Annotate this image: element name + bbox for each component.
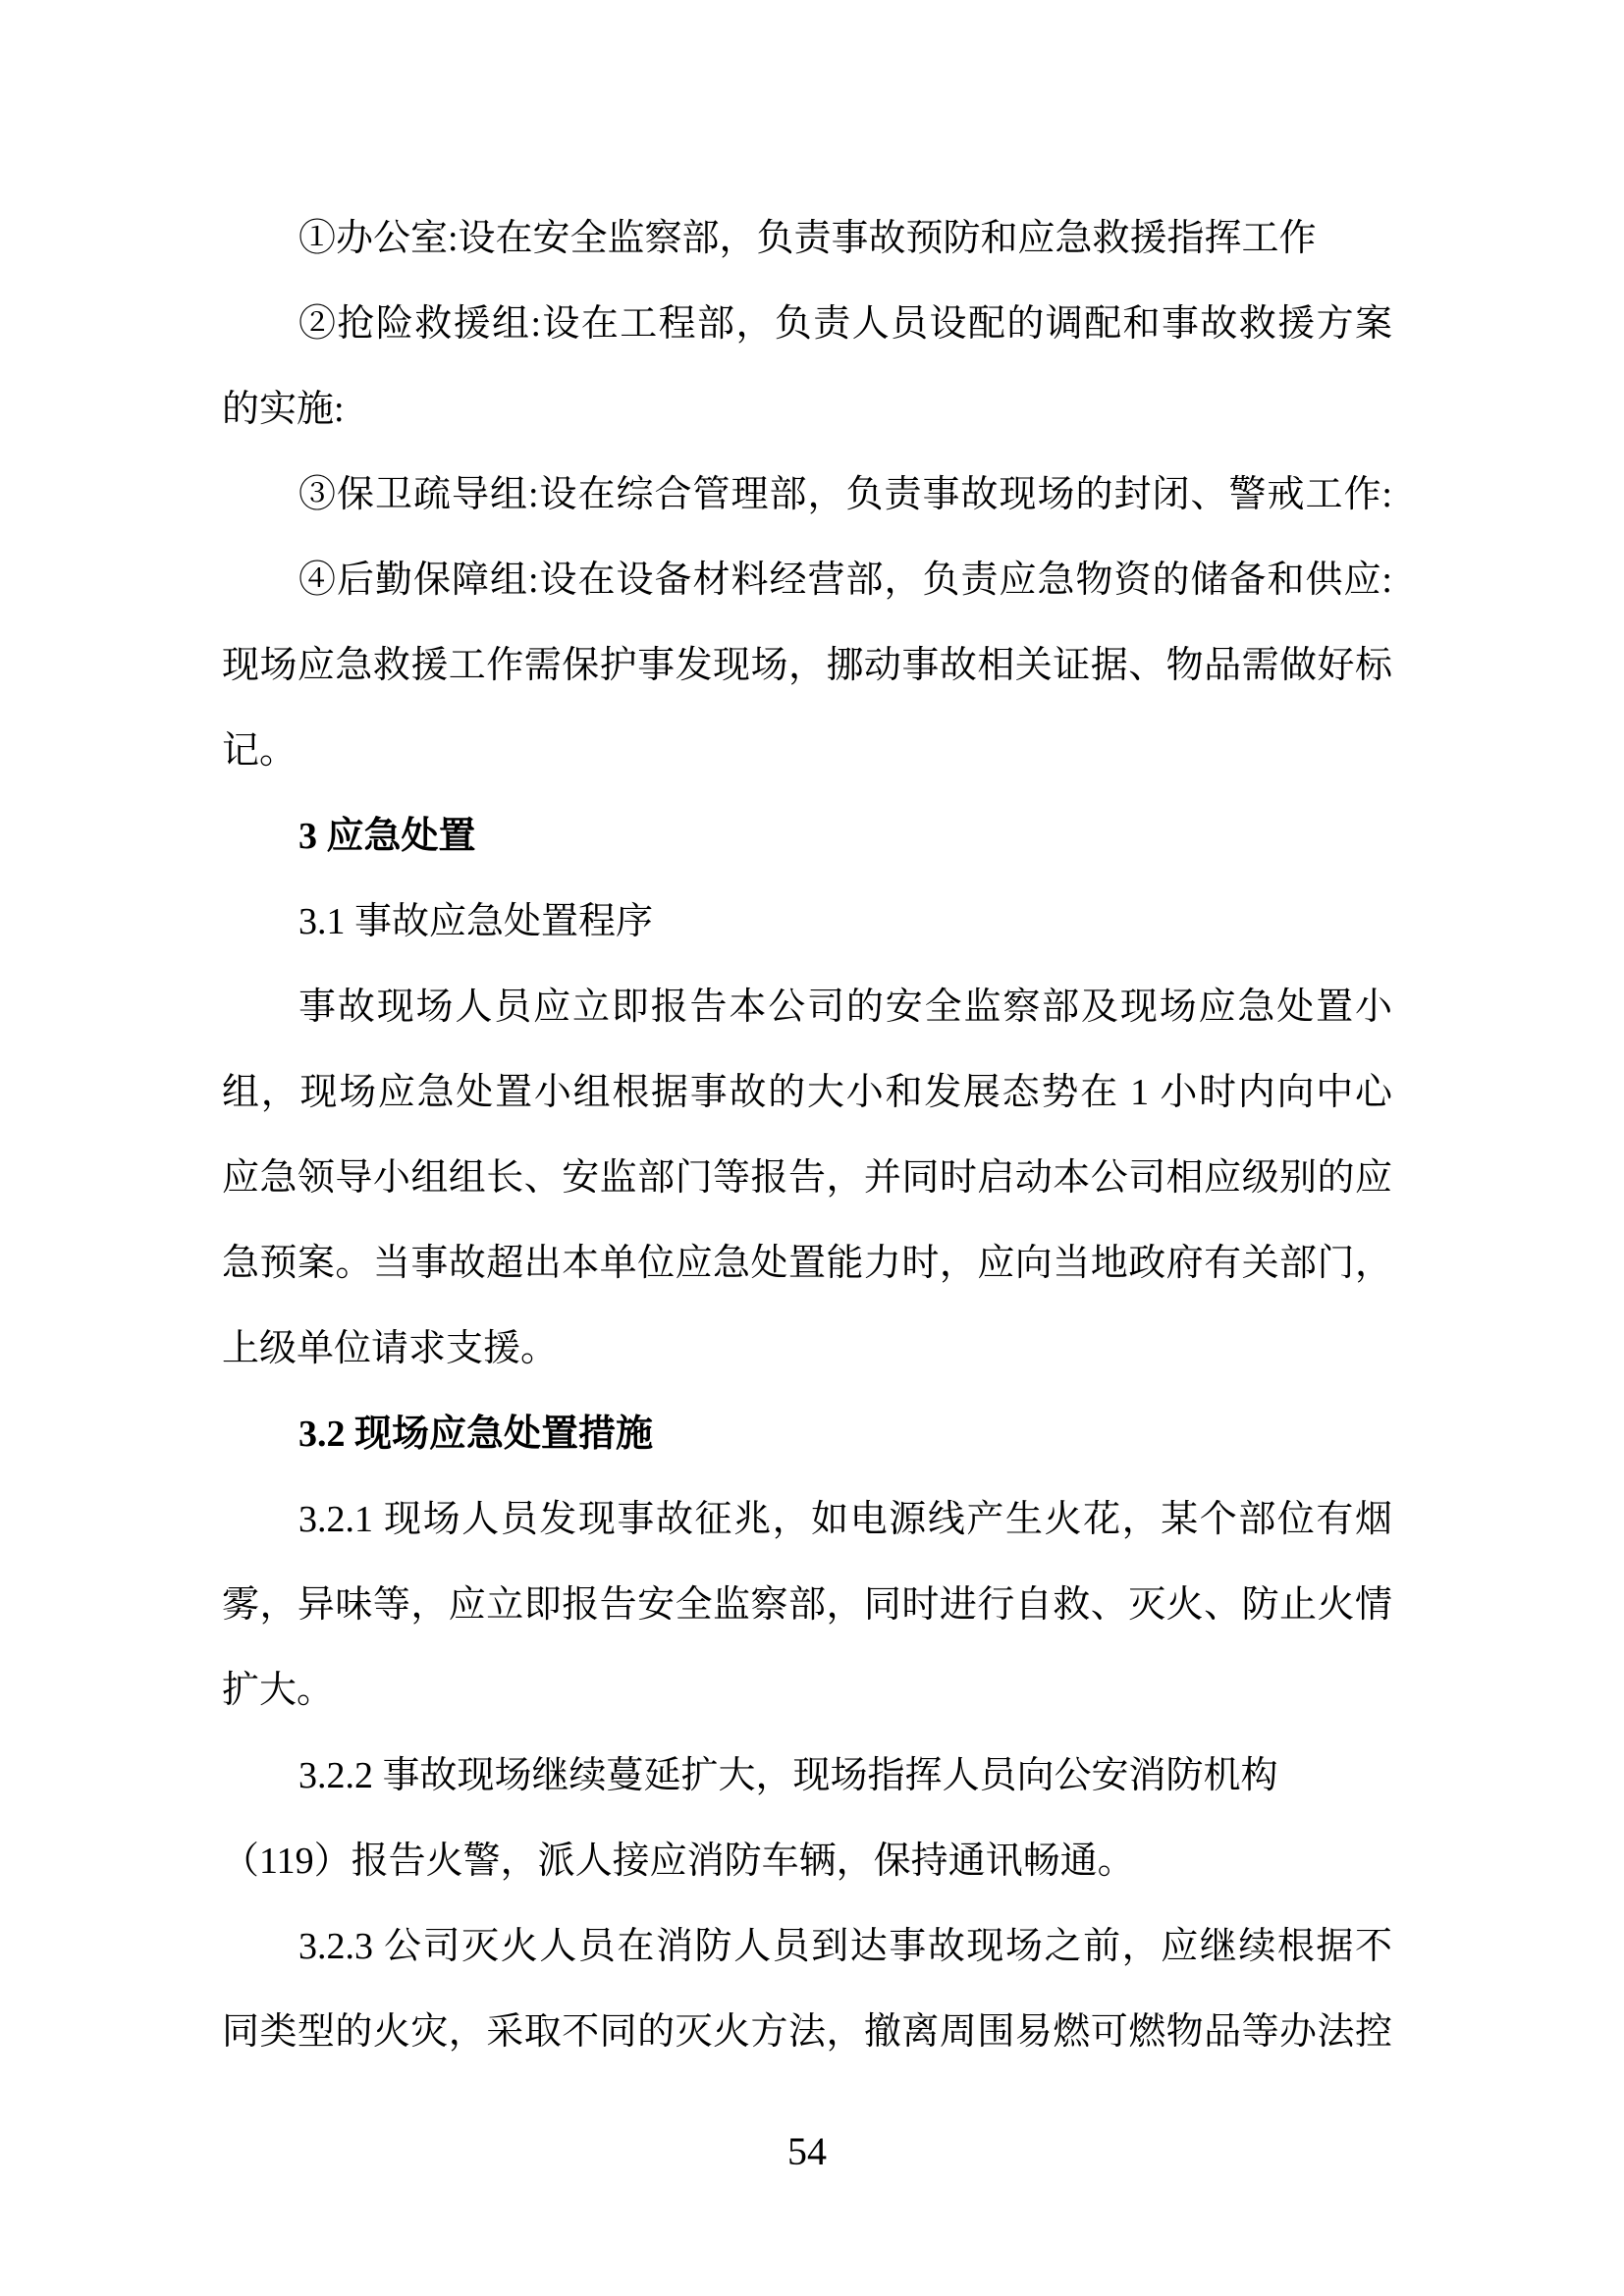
- text-line: 3.2.2 事故现场继续蔓延扩大，现场指挥人员向公安消防机构: [222, 1734, 1392, 1819]
- text-line: 扩大。: [222, 1648, 1392, 1734]
- text-line: 3.2 现场应急处置措施: [222, 1392, 1392, 1477]
- text-line: 上级单位请求支援。: [222, 1307, 1392, 1392]
- text-line: 记。: [222, 709, 1392, 794]
- page-number: 54: [222, 2109, 1392, 2194]
- text-line: 3 应急处置: [222, 794, 1392, 880]
- text-line: ③保卫疏导组:设在综合管理部，负责事故现场的封闭、警戒工作:: [222, 453, 1392, 538]
- text-line: 应急领导小组组长、安监部门等报告，并同时启动本公司相应级别的应: [222, 1136, 1392, 1221]
- document-page: ①办公室:设在安全监察部，负责事故预防和应急救援指挥工作②抢险救援组:设在工程部…: [0, 0, 1624, 2296]
- text-line: 的实施:: [222, 367, 1392, 453]
- text-line: 3.1 事故应急处置程序: [222, 880, 1392, 965]
- text-line: 3.2.1 现场人员发现事故征兆，如电源线产生火花，某个部位有烟: [222, 1477, 1392, 1563]
- text-line: ②抢险救援组:设在工程部，负责人员设配的调配和事故救援方案: [222, 282, 1392, 367]
- text-line: 事故现场人员应立即报告本公司的安全监察部及现场应急处置小: [222, 965, 1392, 1050]
- text-line: （119）报告火警，派人接应消防车辆，保持通讯畅通。: [222, 1819, 1392, 1904]
- text-line: 急预案。当事故超出本单位应急处置能力时，应向当地政府有关部门，: [222, 1221, 1392, 1307]
- text-line: ①办公室:设在安全监察部，负责事故预防和应急救援指挥工作: [222, 196, 1392, 282]
- text-line: 3.2.3 公司灭火人员在消防人员到达事故现场之前，应继续根据不: [222, 1904, 1392, 1990]
- text-line: 组，现场应急处置小组根据事故的大小和发展态势在 1 小时内向中心: [222, 1050, 1392, 1136]
- text-line: 雾，异味等，应立即报告安全监察部，同时进行自救、灭火、防止火情: [222, 1563, 1392, 1648]
- text-line: ④后勤保障组:设在设备材料经营部，负责应急物资的储备和供应:: [222, 538, 1392, 623]
- text-line: 同类型的火灾，采取不同的灭火方法，撤离周围易燃可燃物品等办法控: [222, 1990, 1392, 2075]
- document-body: ①办公室:设在安全监察部，负责事故预防和应急救援指挥工作②抢险救援组:设在工程部…: [222, 196, 1392, 2075]
- text-line: 现场应急救援工作需保护事发现场，挪动事故相关证据、物品需做好标: [222, 623, 1392, 709]
